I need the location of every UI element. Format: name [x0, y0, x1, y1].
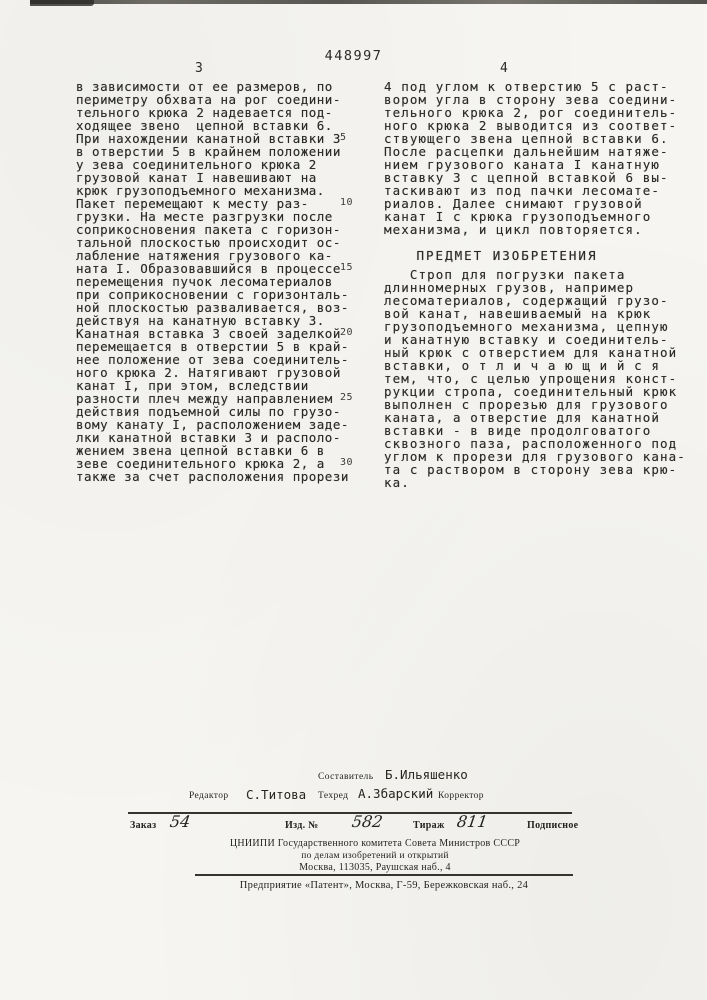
- editor-name: С.Титова: [246, 787, 306, 802]
- committee-line: ЦНИИПИ Государственного комитета Совета …: [100, 838, 650, 849]
- subject-of-invention-heading: ПРЕДМЕТ ИЗОБРЕТЕНИЯ: [384, 249, 700, 262]
- footer-divider-bottom: [195, 874, 573, 876]
- text-line: механизма, и цикл повторяется.: [384, 223, 700, 236]
- line-number-marker: 25: [340, 392, 353, 403]
- order-value: 54: [169, 812, 192, 831]
- scan-artifact-band: [30, 0, 707, 4]
- line-number-marker: 5: [340, 132, 347, 143]
- issue-number-value: 582: [351, 812, 384, 831]
- circulation-value: 811: [456, 812, 489, 831]
- committee-department-line: по делам изобретений и открытий: [100, 851, 650, 861]
- issue-number-label: Изд. №: [285, 820, 319, 831]
- editor-label: Редактор: [189, 791, 229, 801]
- techred-name: А.Збарский: [358, 786, 433, 801]
- text-line: также за счет расположения прорези: [76, 470, 361, 483]
- page-number-right: 4: [500, 61, 508, 76]
- compiler-name: Б.Ильяшенко: [385, 767, 468, 782]
- line-number-marker: 20: [340, 327, 353, 338]
- printing-enterprise-line: Предприятие «Патент», Москва, Г-59, Бере…: [100, 880, 668, 891]
- description-paragraph: 4 под углом к отверстию 5 с раст-вором у…: [384, 80, 700, 236]
- text-line: та с раствором в сторону зева крю-: [384, 463, 700, 476]
- footer-divider-top: [128, 812, 572, 814]
- subscription-note: Подписное: [527, 820, 578, 831]
- right-text-column: 4 под углом к отверстию 5 с раст-вором у…: [384, 80, 700, 489]
- claim-paragraph: Строп для погрузки пакетадлинномерных гр…: [384, 268, 700, 489]
- line-number-gutter: 51015202530: [340, 80, 364, 480]
- committee-address-line: Москва, 113035, Раушская наб., 4: [100, 862, 650, 873]
- compiler-label: Составитель: [318, 772, 373, 782]
- order-label: Заказ: [130, 820, 156, 831]
- circulation-label: Тираж: [413, 820, 445, 831]
- techred-label: Техред: [318, 791, 348, 801]
- line-number-marker: 10: [340, 197, 353, 208]
- line-number-marker: 30: [340, 457, 353, 468]
- patent-document-page: 448997 3 4 в зависимости от ее размеров,…: [0, 0, 707, 1000]
- scan-artifact-blob: [30, 0, 94, 6]
- text-line: ка.: [384, 476, 700, 489]
- left-text-column: в зависимости от ее размеров, попериметр…: [76, 80, 361, 483]
- patent-number: 448997: [0, 48, 707, 64]
- line-number-marker: 15: [340, 262, 353, 273]
- page-number-left: 3: [195, 61, 203, 76]
- corrector-label: Корректор: [438, 791, 484, 801]
